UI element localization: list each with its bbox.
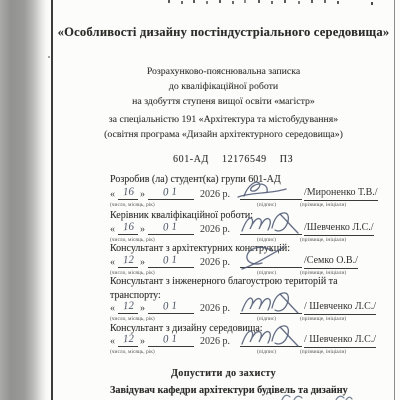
subtitle-line-1: Розрахунково-пояснювальна записка [52,66,395,77]
quote-open: « [110,189,115,200]
year-label: 2026 р. [200,189,230,200]
quote-close: » [140,224,145,235]
signature-shevchenko [230,291,308,317]
quote-close: » [140,257,145,268]
field-captions: (число, місяць, рік) (підпис) (прізвище,… [52,315,395,323]
year-label: 2026 р. [200,224,230,235]
surname-initials: / Шевченко Л.С./ [304,301,376,315]
field-captions: (число, місяць, рік) (підпис) (прізвище,… [52,201,395,209]
signature-semko [230,245,308,271]
surname-initials: / Шевченко Л.С./ [304,334,376,348]
handwritten-month-field: 01 [148,221,194,235]
handwritten-month-field: 01 [148,333,194,347]
work-title: «Особливості дизайну постіндустріального… [52,25,395,40]
subtitle-line-5: (освітня програма «Дизайн архітектурного… [52,129,395,140]
year-label: 2026 р. [200,303,230,314]
cropped-top-line-artifact [0,0,2,3]
date-signature-row: « 16 » 01 2026 р. /Шевченко Л.С./ [52,223,395,237]
date-signature-row: « 12 » 01 2026 р. / Шевченко Л.С./ [52,335,395,349]
date-signature-row: « 12 » 01 2026 р. /Семко О.В./ [52,256,395,270]
field-captions: (число, місяць, рік) (підпис) (прізвище,… [52,348,395,356]
scan-speck [48,56,50,58]
signature-shevchenko [230,211,308,237]
handwritten-month-field: 01 [148,300,194,314]
code-suffix: ПЗ [280,154,293,165]
cropped-bottom-handwriting-artifact [278,394,358,400]
quote-close: » [140,336,145,347]
subtitle-line-3: на здобуття ступеня вищої освіти «магіст… [52,96,395,107]
quote-open: « [110,257,115,268]
book-binding-edge [0,0,50,400]
record-number: 12176549 [222,154,267,165]
handwritten-day-field: 12 [118,300,138,314]
handwritten-month-field: 01 [148,186,194,200]
title-page-content: «Особливості дизайну постіндустріального… [52,0,395,400]
date-signature-row: « 12 » 01 2026 р. / Шевченко Л.С./ [52,302,395,316]
handwritten-day-field: 12 [118,254,138,268]
scanned-title-page: «Особливості дизайну постіндустріального… [0,0,400,400]
year-label: 2026 р. [200,336,230,347]
handwritten-day-field: 16 [118,186,138,200]
quote-close: » [140,303,145,314]
quote-open: « [110,224,115,235]
handwritten-day-field: 16 [118,221,138,235]
surname-initials: /Мироненко Т.В./ [304,187,378,201]
signature-mironenko [230,177,308,203]
group-code: 601-АД [173,154,209,165]
signature-shevchenko [230,324,308,350]
document-code: 601-АД12176549ПЗ [173,154,306,165]
quote-close: » [140,189,145,200]
subtitle-line-4: за спеціальністю 191 «Архітектура та міс… [52,114,395,125]
admit-to-defense-heading: Допустити до захисту [52,368,395,379]
subtitle-line-2: до кваліфікаційної роботи [52,81,395,92]
row-label-landscaping-consultant: Консультант з інженерного благоустрою те… [110,276,338,287]
quote-open: « [110,303,115,314]
quote-open: « [110,336,115,347]
handwritten-month-field: 01 [148,254,194,268]
date-signature-row: « 16 » 01 2026 р. /Мироненко Т.В./ [52,188,395,202]
handwritten-day-field: 12 [118,333,138,347]
surname-initials: /Шевченко Л.С./ [304,222,374,236]
surname-initials: /Семко О.В./ [304,255,358,269]
year-label: 2026 р. [200,257,230,268]
